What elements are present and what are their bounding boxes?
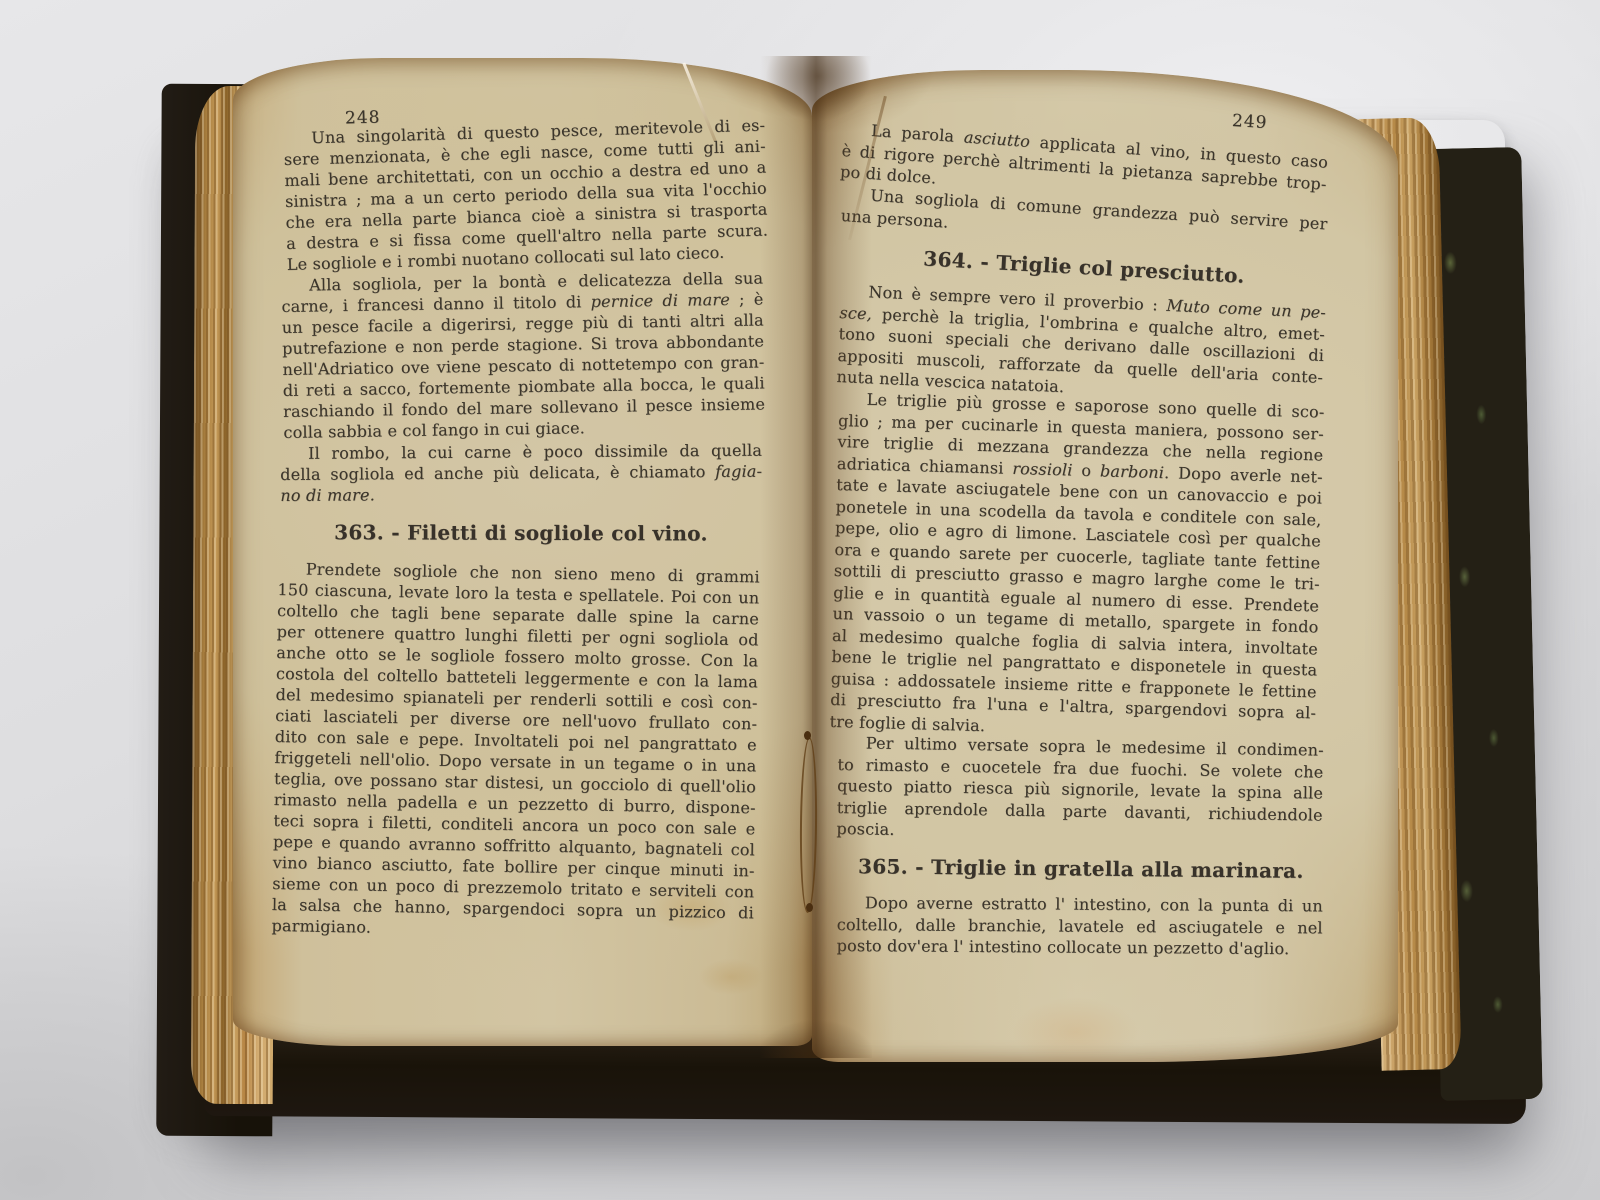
section-heading-365: 365. - Triglie in gratella alla marinara… (838, 854, 1324, 883)
recipe-364-end-text: Per ultimo versate sopra le medesime il … (836, 732, 1324, 847)
text-segment: . Dopo averle net- (1164, 463, 1323, 486)
italic-text: fagia- (715, 462, 762, 481)
page-number-right: 249 (1231, 111, 1268, 133)
italic-text: asciutto (963, 127, 1030, 151)
paragraph-sole-qualities: Alla sogliola, per la bontà e delicatezz… (281, 267, 766, 443)
section-heading-363: 363. - Filetti di sogliole col vino. (280, 520, 762, 546)
text-line: no di mare. (280, 482, 762, 506)
paragraph-fish-anatomy: Una singolarità di questo pesce, meritev… (283, 115, 769, 275)
text-line: Dopo averne estratto l' intestino, con l… (837, 892, 1323, 917)
recipe-363-text: Prendete sogliole che non sieno meno di … (271, 558, 760, 944)
text-line: posto dov'era l' intestino collocate un … (837, 935, 1323, 960)
text-segment: o (1072, 460, 1100, 480)
book-photograph: { "book": { "left_page": { "page_number"… (0, 0, 1600, 1200)
binding-stitch-hole-bottom (806, 903, 813, 912)
binding-stitch-hole-top (804, 731, 811, 740)
paragraph-turbot: Il rombo, la cui carne è poco dissimile … (280, 440, 762, 506)
recipe-364-body-text: Le triglie più grosse e saporose sono qu… (829, 388, 1324, 745)
italic-text: barboni (1100, 461, 1165, 482)
text-segment: ; è (730, 289, 764, 309)
left-page: 248 Una singolarità di questo pesce, mer… (233, 58, 812, 1046)
text-segment: della sogliola ed anche più delicata, è … (280, 462, 715, 484)
text-line: della sogliola ed anche più delicata, è … (280, 461, 762, 485)
italic-text: no di mare. (280, 485, 375, 505)
italic-text: rossioli (1012, 458, 1073, 479)
italic-text: pernice di mare (591, 290, 731, 311)
recipe-365-text: Dopo averne estratto l' intestino, con l… (837, 892, 1323, 960)
right-page: 249 La parola asciutto applicata al vino… (812, 70, 1398, 1062)
